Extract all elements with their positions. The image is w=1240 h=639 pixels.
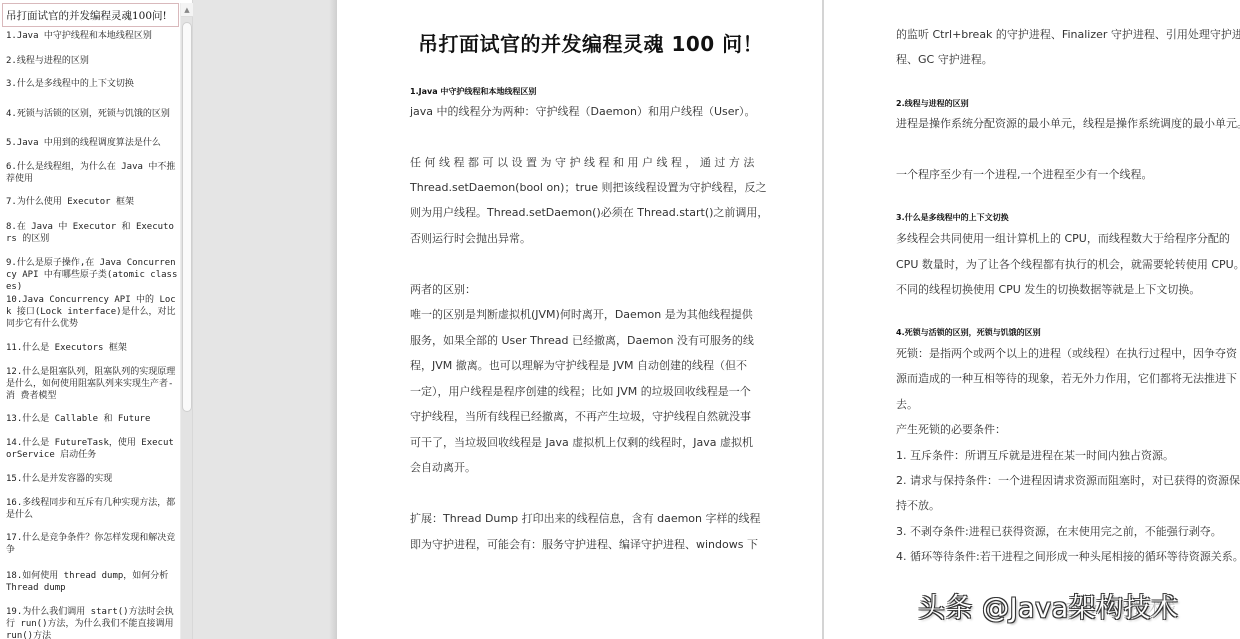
section-heading: 2.线程与进程的区别 (896, 98, 969, 109)
page-divider (822, 0, 824, 639)
section-heading: 3.什么是多线程中的上下文切换 (896, 212, 1009, 223)
outline-sidebar: 吊打面试官的并发编程灵魂100问! 1.Java 中守护线程和本地线程区别2.线… (0, 0, 193, 639)
outline-item[interactable]: 7.为什么使用 Executor 框架 (4, 196, 179, 208)
paragraph-line: 多线程会共同使用一组计算机上的 CPU，而线程数大于给程序分配的 (896, 230, 1230, 246)
paragraph-line: 程，JVM 撤离。也可以理解为守护线程是 JVM 自动创建的线程（但不 (410, 357, 747, 373)
outline-item[interactable]: 13.什么是 Callable 和 Future (4, 413, 179, 425)
outline-item[interactable]: 14.什么是 FutureTask，使用 ExecutorService 启动任… (4, 437, 179, 461)
viewer-background (193, 0, 337, 639)
outline-item[interactable]: 6.什么是线程组，为什么在 Java 中不推荐使用 (4, 161, 179, 185)
outline-item[interactable]: 8.在 Java 中 Executor 和 Executors 的区别 (4, 221, 179, 245)
paragraph-line: 则为用户线程。Thread.setDaemon()必须在 Thread.star… (410, 204, 768, 220)
paragraph-line: 去。 (896, 396, 918, 412)
paragraph-line: 可干了，当垃圾回收线程是 Java 虚拟机上仅剩的线程时，Java 虚拟机 (410, 434, 753, 450)
paragraph-line: 否则运行时会抛出异常。 (410, 230, 531, 246)
outline-item[interactable]: 19.为什么我们调用 start()方法时会执行 run()方法，为什么我们不能… (4, 606, 179, 639)
outline-item[interactable]: 1.Java 中守护线程和本地线程区别 (4, 30, 179, 42)
outline-item[interactable]: 18.如何使用 thread dump，如何分析 Thread dump (4, 570, 179, 594)
paragraph-line: 的监听 Ctrl+break 的守护进程、Finalizer 守护进程、引用处理… (896, 26, 1240, 42)
paragraph-line: 持不放。 (896, 497, 940, 513)
watermark: 头条 @Java架构技术 (918, 586, 1179, 625)
paragraph-line: 3. 不剥夺条件:进程已获得资源，在末使用完之前，不能强行剥夺。 (896, 523, 1222, 539)
paragraph-line: 死锁：是指两个或两个以上的进程（或线程）在执行过程中，因争夺资 (896, 345, 1237, 361)
outline-item[interactable]: 16.多线程同步和互斥有几种实现方法，都是什么 (4, 497, 179, 521)
paragraph-line: 扩展：Thread Dump 打印出来的线程信息，含有 daemon 字样的线程 (410, 510, 761, 526)
paragraph-line: 产生死锁的必要条件： (896, 421, 1006, 437)
outline-item[interactable]: 15.什么是并发容器的实现 (4, 473, 179, 485)
scroll-up-arrow-icon[interactable]: ▲ (181, 3, 193, 17)
paragraph-line: 两者的区别： (410, 281, 476, 297)
outline-list: 吊打面试官的并发编程灵魂100问! 1.Java 中守护线程和本地线程区别2.线… (2, 3, 179, 639)
paragraph-line: 1. 互斥条件：所谓互斥就是进程在某一时间内独占资源。 (896, 447, 1174, 463)
paragraph-line: 4. 循环等待条件:若干进程之间形成一种头尾相接的循环等待资源关系。 (896, 548, 1240, 564)
paragraph-line: 即为守护进程，可能会有：服务守护进程、编译守护进程、windows 下 (410, 536, 758, 552)
section-heading: 1.Java 中守护线程和本地线程区别 (410, 86, 536, 97)
document-title: 吊打面试官的并发编程灵魂 100 问！ (418, 28, 738, 57)
paragraph-line: java 中的线程分为两种：守护线程（Daemon）和用户线程（User）。 (410, 103, 756, 119)
outline-item[interactable]: 17.什么是竞争条件？你怎样发现和解决竞争 (4, 532, 179, 556)
paragraph-line: 程、GC 守护进程。 (896, 51, 993, 67)
scroll-thumb[interactable] (182, 22, 192, 412)
page-shadow (329, 0, 337, 639)
pdf-viewer: 吊打面试官的并发编程灵魂100问! 1.Java 中守护线程和本地线程区别2.线… (0, 0, 1240, 639)
outline-item[interactable]: 2.线程与进程的区别 (4, 55, 179, 67)
paragraph-line: 一定），用户线程是程序创建的线程；比如 JVM 的垃圾回收线程是一个 (410, 383, 751, 399)
outline-item[interactable]: 12.什么是阻塞队列，阻塞队列的实现原理是什么，如何使用阻塞队列来实现生产者-消… (4, 366, 179, 402)
outline-item[interactable]: 10.Java Concurrency API 中的 Lock 接口(Lock … (4, 294, 179, 330)
paragraph-line: 守护线程，当所有线程已经撤离，不再产生垃圾，守护线程自然就没事 (410, 408, 751, 424)
paragraph-line: 2. 请求与保持条件：一个进程因请求资源而阻塞时，对已获得的资源保 (896, 472, 1240, 488)
outline-item[interactable]: 11.什么是 Executors 框架 (4, 342, 179, 354)
outline-scrollbar[interactable]: ▲ (180, 3, 192, 639)
outline-item[interactable]: 9.什么是原子操作,在 Java Concurrency API 中有哪些原子类… (4, 257, 179, 293)
outline-item-title[interactable]: 吊打面试官的并发编程灵魂100问! (2, 3, 179, 27)
outline-item[interactable]: 4.死锁与活锁的区别，死锁与饥饿的区别 (4, 108, 179, 120)
paragraph-line: 源而造成的一种互相等待的现象，若无外力作用，它们都将无法推进下 (896, 370, 1237, 386)
paragraph-line: 会自动离开。 (410, 459, 476, 475)
outline-item[interactable]: 5.Java 中用到的线程调度算法是什么 (4, 137, 179, 149)
paragraph-line: 进程是操作系统分配资源的最小单元，线程是操作系统调度的最小单元。 (896, 115, 1240, 131)
paragraph-line: 唯一的区别是判断虚拟机(JVM)何时离开，Daemon 是为其他线程提供 (410, 306, 753, 322)
outline-item[interactable]: 3.什么是多线程中的上下文切换 (4, 78, 179, 90)
paragraph-line: 服务，如果全部的 User Thread 已经撤离，Daemon 没有可服务的线 (410, 332, 754, 348)
paragraph-line: 不同的线程切换使用 CPU 发生的切换数据等就是上下文切换。 (896, 281, 1200, 297)
paragraph-line: 任 何 线 程 都 可 以 设 置 为 守 护 线 程 和 用 户 线 程 ， … (410, 154, 754, 170)
paragraph-line: 一个程序至少有一个进程,一个进程至少有一个线程。 (896, 166, 1153, 182)
section-heading: 4.死锁与活锁的区别，死锁与饥饿的区别 (896, 327, 1041, 338)
paragraph-line: Thread.setDaemon(bool on)；true 则把该线程设置为守… (410, 179, 767, 195)
paragraph-line: CPU 数量时，为了让各个线程都有执行的机会，就需要轮转使用 CPU。 (896, 256, 1240, 272)
